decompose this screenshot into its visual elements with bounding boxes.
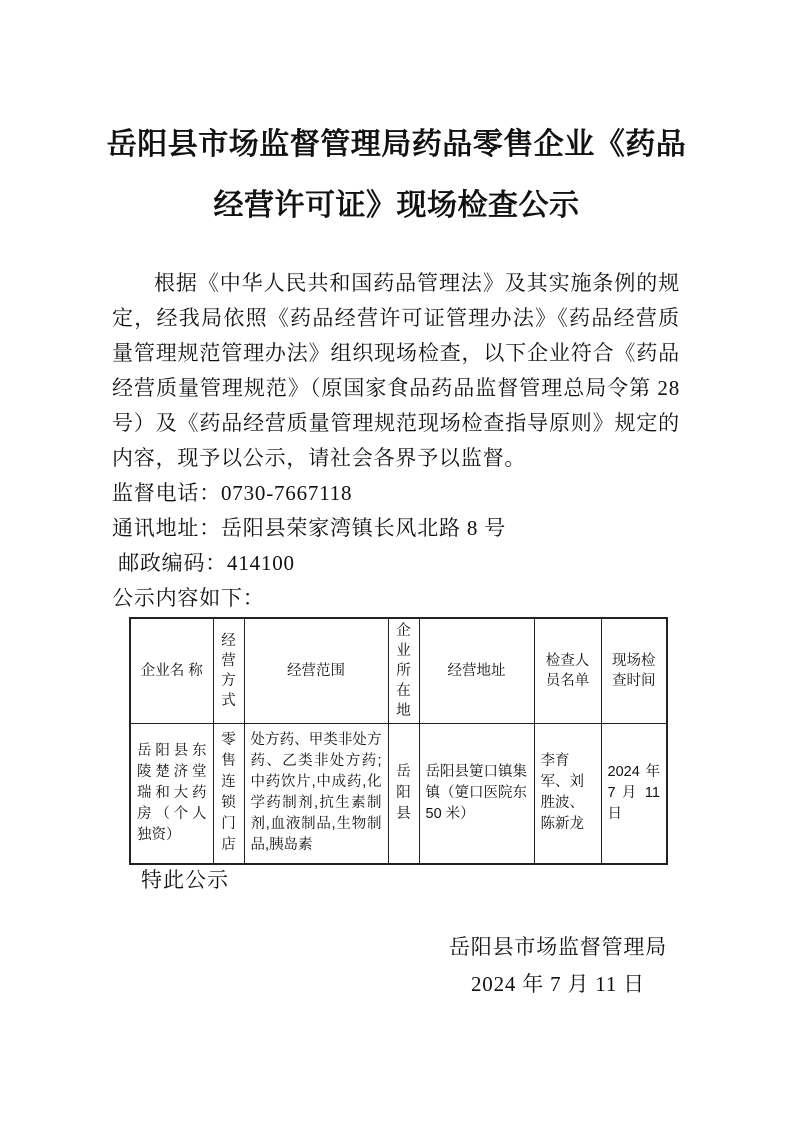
col-header-enterprise-name: 企业名 称	[130, 618, 213, 724]
table-header-row: 企业名 称 经营方式 经营范围 企业所在地 经营地址 检查人员名单 现场检查时间	[130, 618, 667, 724]
postal-code-line: 邮政编码：414100	[112, 546, 680, 581]
publicity-intro-line: 公示内容如下：	[112, 581, 680, 616]
document-title: 岳阳县市场监督管理局药品零售企业《药品 经营许可证》现场检查公示	[0, 114, 793, 236]
cell-enterprise-location: 岳阳县	[388, 724, 419, 864]
cell-enterprise-name: 岳阳县东陵楚济堂瑞和大药房（个人独资）	[130, 724, 213, 864]
document-page: 岳阳县市场监督管理局药品零售企业《药品 经营许可证》现场检查公示 根据《中华人民…	[0, 0, 793, 1122]
col-header-business-scope: 经营范围	[244, 618, 388, 724]
cell-business-mode: 零售连锁门店	[213, 724, 244, 864]
document-title-line2: 经营许可证》现场检查公示	[0, 175, 793, 236]
signature-block: 岳阳县市场监督管理局 2024 年 7 月 11 日	[449, 929, 667, 1003]
cell-inspection-time: 2024 年 7 月 11 日	[601, 724, 667, 864]
mailing-address-line: 通讯地址：岳阳县荣家湾镇长风北路 8 号	[112, 511, 680, 546]
closing-statement: 特此公示	[141, 864, 229, 894]
cell-business-address: 岳阳县筻口镇集镇（筻口医院东 50 米）	[419, 724, 534, 864]
col-header-inspection-time: 现场检查时间	[601, 618, 667, 724]
inspection-table: 企业名 称 经营方式 经营范围 企业所在地 经营地址 检查人员名单 现场检查时间…	[129, 617, 668, 865]
col-header-enterprise-location: 企业所在地	[388, 618, 419, 724]
table-row: 岳阳县东陵楚济堂瑞和大药房（个人独资） 零售连锁门店 处方药、甲类非处方药、乙类…	[130, 724, 667, 864]
cell-inspector-list: 李育军、刘胜波、陈新龙	[534, 724, 601, 864]
cell-business-scope: 处方药、甲类非处方药、乙类非处方药;中药饮片,中成药,化学药制剂,抗生素制剂,血…	[244, 724, 388, 864]
issue-date: 2024 年 7 月 11 日	[449, 966, 667, 1003]
document-body: 根据《中华人民共和国药品管理法》及其实施条例的规定，经我局依照《药品经营许可证管…	[112, 266, 680, 616]
intro-paragraph: 根据《中华人民共和国药品管理法》及其实施条例的规定，经我局依照《药品经营许可证管…	[112, 266, 680, 476]
col-header-business-mode: 经营方式	[213, 618, 244, 724]
issuing-authority: 岳阳县市场监督管理局	[449, 929, 667, 966]
col-header-inspector-list: 检查人员名单	[534, 618, 601, 724]
document-title-line1: 岳阳县市场监督管理局药品零售企业《药品	[0, 114, 793, 175]
col-header-business-address: 经营地址	[419, 618, 534, 724]
supervision-phone-line: 监督电话：0730-7667118	[112, 476, 680, 511]
